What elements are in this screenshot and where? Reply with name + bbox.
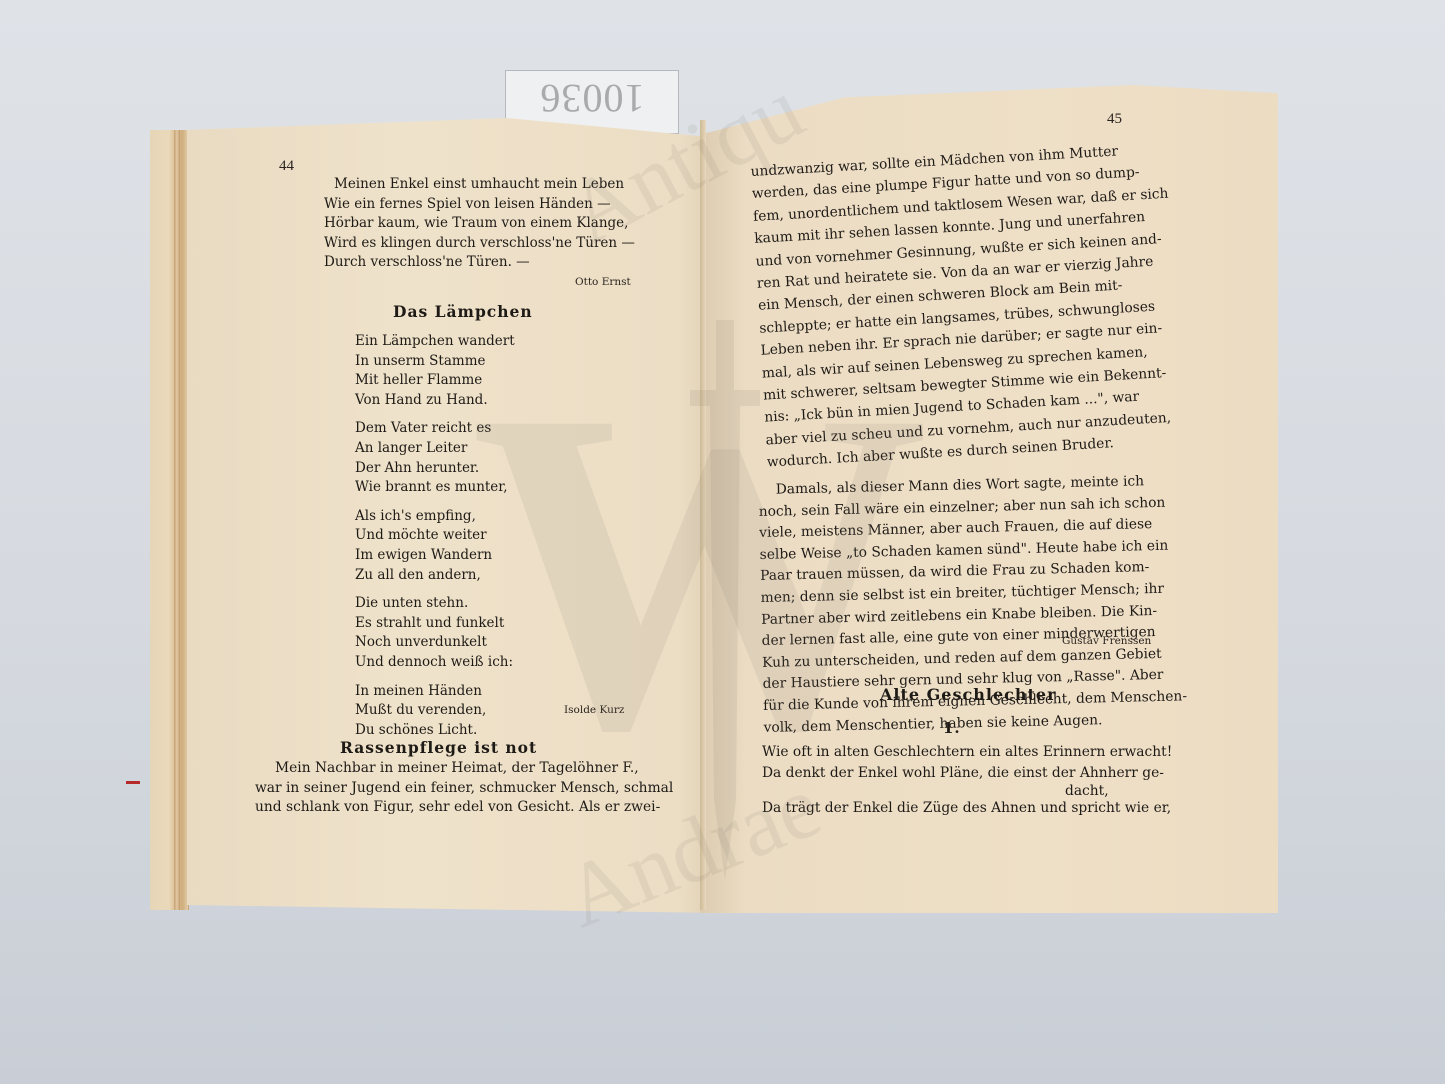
poem-line: Zu all den andern, — [355, 566, 515, 586]
prose-line: Mein Nachbar in meiner Heimat, der Tagel… — [255, 759, 673, 779]
stanza: Dem Vater reicht es An langer Leiter Der… — [355, 419, 515, 497]
poem-title-das-laempchen: Das Lämpchen — [393, 302, 533, 321]
poem-otto-ernst: Meinen Enkel einst umhaucht mein Leben W… — [324, 175, 635, 273]
red-bookmark-mark — [126, 781, 140, 784]
poem-das-laempchen: Ein Lämpchen wandert In unserm Stamme Mi… — [355, 332, 515, 749]
poem-line: Von Hand zu Hand. — [355, 391, 515, 411]
poem-line: Wird es klingen durch verschloss'ne Türe… — [324, 234, 635, 254]
poem-line: Noch unverdunkelt — [355, 633, 515, 653]
poem-line: Wie oft in alten Geschlechtern ein altes… — [762, 742, 1172, 763]
poem-line: Wie ein fernes Spiel von leisen Händen — — [324, 195, 635, 215]
prose-right-upper: undzwanzig war, sollte ein Mädchen von i… — [750, 138, 1183, 474]
prose-title-rassenpflege: Rassenpflege ist not — [340, 738, 537, 757]
right-page: 45 undzwanzig war, sollte ein Mädchen vo… — [700, 85, 1278, 913]
poem-line: Der Ahn herunter. — [355, 459, 515, 479]
stanza: In meinen Händen Mußt du verenden, Du sc… — [355, 682, 515, 741]
poem-line: An langer Leiter — [355, 439, 515, 459]
poem-section-number: 1. — [943, 719, 961, 737]
poem-line: Wie brannt es munter, — [355, 478, 515, 498]
poem-line: Und möchte weiter — [355, 526, 515, 546]
watermark-sword-icon — [690, 320, 760, 880]
stanza: Ein Lämpchen wandert In unserm Stamme Mi… — [355, 332, 515, 410]
prose-line: und schlank von Figur, sehr edel von Ges… — [255, 798, 673, 818]
poem-line: dacht, — [762, 784, 1172, 798]
stanza: Als ich's empfing, Und möchte weiter Im … — [355, 507, 515, 585]
poem-line: Ein Lämpchen wandert — [355, 332, 515, 352]
page-number-left: 44 — [279, 158, 294, 175]
page-number-right: 45 — [1107, 111, 1122, 128]
author-isolde-kurz: Isolde Kurz — [564, 704, 624, 716]
poem-line: Mußt du verenden, — [355, 701, 515, 721]
poem-title-alte-geschlechter: Alte Geschlechter — [880, 685, 1057, 704]
poem-line: Als ich's empfing, — [355, 507, 515, 527]
book-cover-edge — [150, 130, 189, 910]
poem-line: In unserm Stamme — [355, 352, 515, 372]
poem-line: Und dennoch weiß ich: — [355, 653, 515, 673]
poem-line: Da trägt der Enkel die Züge des Ahnen un… — [762, 798, 1172, 819]
prose-left: Mein Nachbar in meiner Heimat, der Tagel… — [255, 759, 673, 818]
author-gustav-frenssen: Gustav Frenssen — [1062, 635, 1151, 647]
poem-line: Durch verschloss'ne Türen. — — [324, 253, 635, 273]
poem-line: Meinen Enkel einst umhaucht mein Leben — [324, 175, 635, 195]
poem-line: Mit heller Flamme — [355, 371, 515, 391]
poem-line: In meinen Händen — [355, 682, 515, 702]
poem-line: Im ewigen Wandern — [355, 546, 515, 566]
poem-line: Es strahlt und funkelt — [355, 614, 515, 634]
prose-line: war in seiner Jugend ein feiner, schmuck… — [255, 779, 673, 799]
stanza: Die unten stehn. Es strahlt und funkelt … — [355, 594, 515, 672]
poem-line: Die unten stehn. — [355, 594, 515, 614]
inventory-number: 10036 — [506, 75, 678, 122]
poem-alte-geschlechter: Wie oft in alten Geschlechtern ein altes… — [762, 742, 1172, 819]
left-page: 44 Meinen Enkel einst umhaucht mein Lebe… — [187, 118, 720, 913]
poem-line: Dem Vater reicht es — [355, 419, 515, 439]
poem-line: Da denkt der Enkel wohl Pläne, die einst… — [762, 763, 1172, 784]
spine-stripe — [174, 130, 180, 910]
author-otto-ernst: Otto Ernst — [575, 276, 631, 288]
poem-line: Hörbar kaum, wie Traum von einem Klange, — [324, 214, 635, 234]
